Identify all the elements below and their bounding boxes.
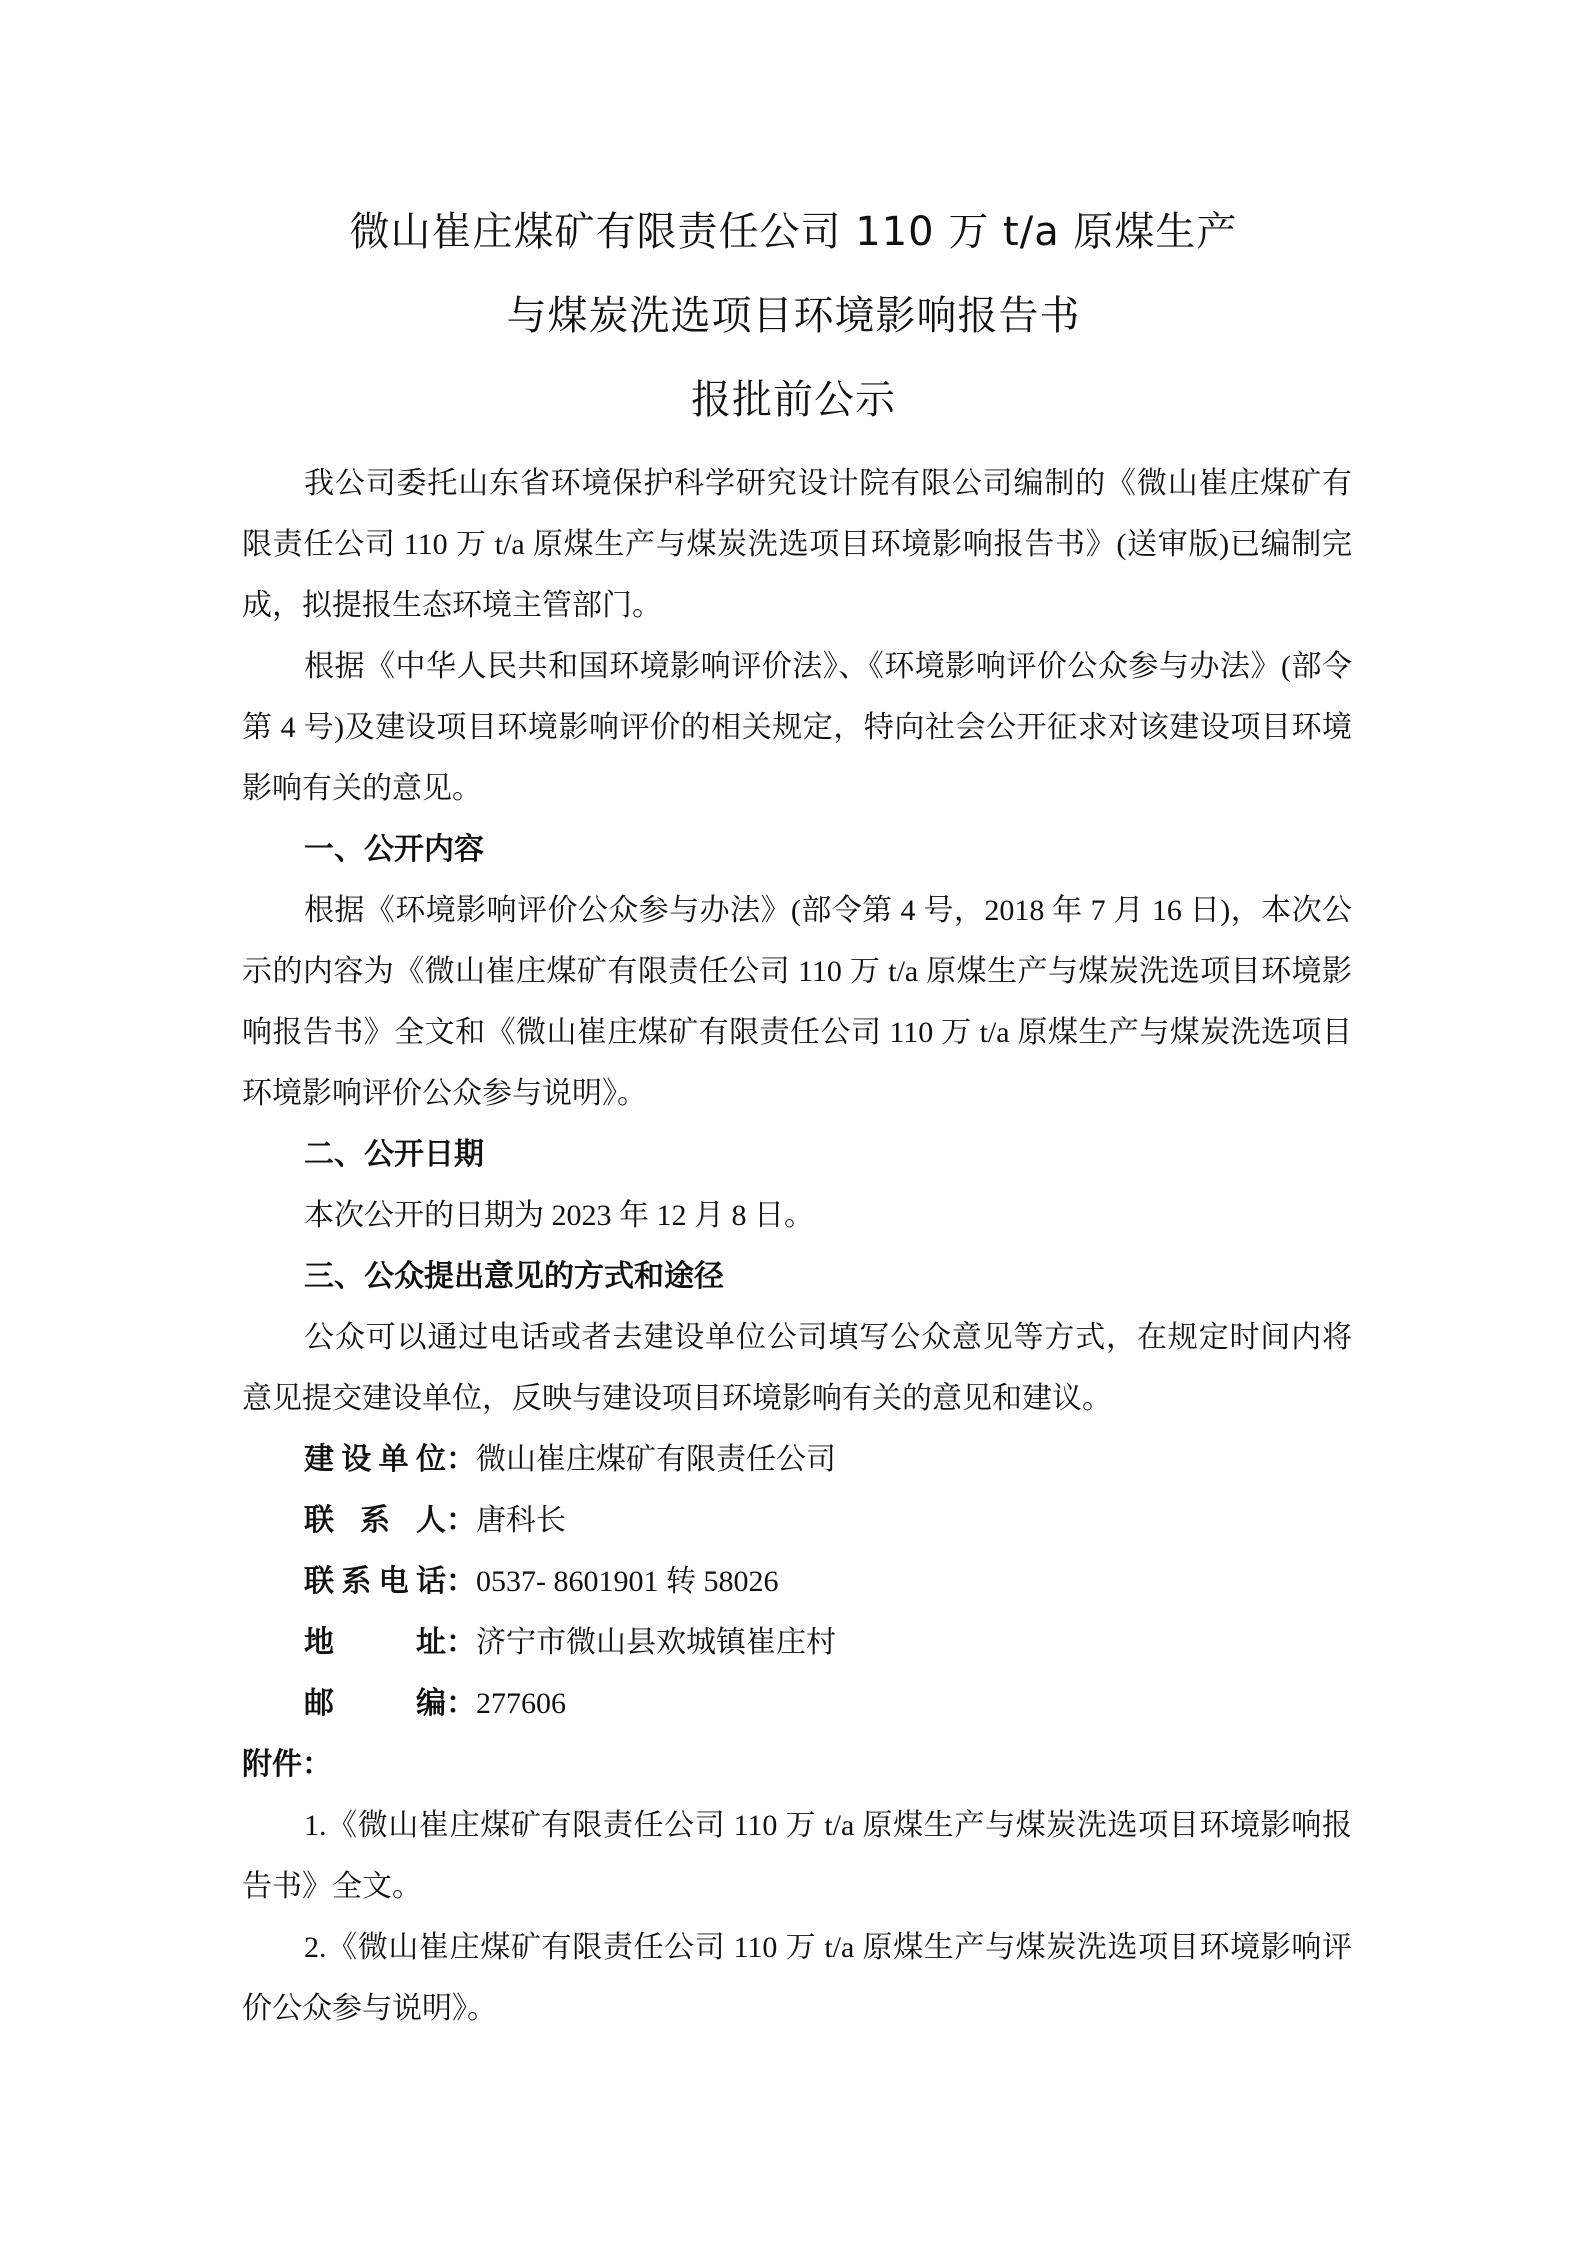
contact-label: 地 址： — [304, 1612, 476, 1673]
contact-row-postcode: 邮 编： 277606 — [242, 1673, 1352, 1734]
contact-value: 济宁市微山县欢城镇崔庄村 — [476, 1612, 836, 1673]
label-char: 单 — [379, 1429, 409, 1490]
contact-row-phone: 联 系 电 话： 0537- 8601901 转 58026 — [242, 1551, 1352, 1612]
label-char: 地 — [304, 1612, 334, 1673]
label-char: 电 — [379, 1551, 409, 1612]
document-title-line-2: 与煤炭洗选项目环境影响报告书 — [0, 292, 1587, 340]
attachment-item-1: 1.《微山崔庄煤矿有限责任公司 110 万 t/a 原煤生产与煤炭洗选项目环境影… — [242, 1795, 1352, 1917]
document-body: 我公司委托山东省环境保护科学研究设计院有限公司编制的《微山崔庄煤矿有限责任公司 … — [242, 453, 1352, 2039]
label-char: 设 — [341, 1429, 371, 1490]
label-char: 系 — [360, 1490, 390, 1551]
contact-label: 邮 编： — [304, 1673, 476, 1734]
section-heading-content: 一、公开内容 — [242, 819, 1352, 880]
section-text-feedback: 公众可以通过电话或者去建设单位公司填写公众意见等方式，在规定时间内将意见提交建设… — [242, 1307, 1352, 1429]
document-title-line-3: 报批前公示 — [0, 376, 1587, 424]
section-heading-date: 二、公开日期 — [242, 1124, 1352, 1185]
intro-paragraph-1: 我公司委托山东省环境保护科学研究设计院有限公司编制的《微山崔庄煤矿有限责任公司 … — [242, 453, 1352, 636]
label-char: 邮 — [304, 1673, 334, 1734]
document-page: 微山崔庄煤矿有限责任公司 110 万 t/a 原煤生产 与煤炭洗选项目环境影响报… — [0, 0, 1587, 2245]
contact-value: 0537- 8601901 转 58026 — [476, 1551, 779, 1612]
contact-row-person: 联 系 人： 唐科长 — [242, 1490, 1352, 1551]
attachments-heading: 附件： — [242, 1734, 1352, 1795]
label-char: 位： — [416, 1429, 476, 1490]
label-char: 编： — [416, 1673, 476, 1734]
contact-label: 联 系 电 话： — [304, 1551, 476, 1612]
section-text-content: 根据《环境影响评价公众参与办法》(部令第 4 号，2018 年 7 月 16 日… — [242, 880, 1352, 1124]
contact-value: 微山崔庄煤矿有限责任公司 — [476, 1429, 836, 1490]
intro-paragraph-2: 根据《中华人民共和国环境影响评价法》、《环境影响评价公众参与办法》(部令第 4 … — [242, 636, 1352, 819]
section-text-date: 本次公开的日期为 2023 年 12 月 8 日。 — [242, 1185, 1352, 1246]
document-title-line-1: 微山崔庄煤矿有限责任公司 110 万 t/a 原煤生产 — [0, 208, 1587, 256]
contact-label: 联 系 人： — [304, 1490, 476, 1551]
attachment-item-2: 2.《微山崔庄煤矿有限责任公司 110 万 t/a 原煤生产与煤炭洗选项目环境影… — [242, 1917, 1352, 2039]
label-char: 话： — [416, 1551, 476, 1612]
contact-value: 277606 — [476, 1673, 566, 1734]
contact-row-unit: 建 设 单 位： 微山崔庄煤矿有限责任公司 — [242, 1429, 1352, 1490]
label-char: 址： — [416, 1612, 476, 1673]
label-char: 联 — [304, 1551, 334, 1612]
contact-value: 唐科长 — [476, 1490, 566, 1551]
label-char: 系 — [341, 1551, 371, 1612]
section-heading-feedback: 三、公众提出意见的方式和途径 — [242, 1246, 1352, 1307]
contact-row-address: 地 址： 济宁市微山县欢城镇崔庄村 — [242, 1612, 1352, 1673]
contact-label: 建 设 单 位： — [304, 1429, 476, 1490]
label-char: 建 — [304, 1429, 334, 1490]
label-char: 人： — [416, 1490, 476, 1551]
label-char: 联 — [304, 1490, 334, 1551]
